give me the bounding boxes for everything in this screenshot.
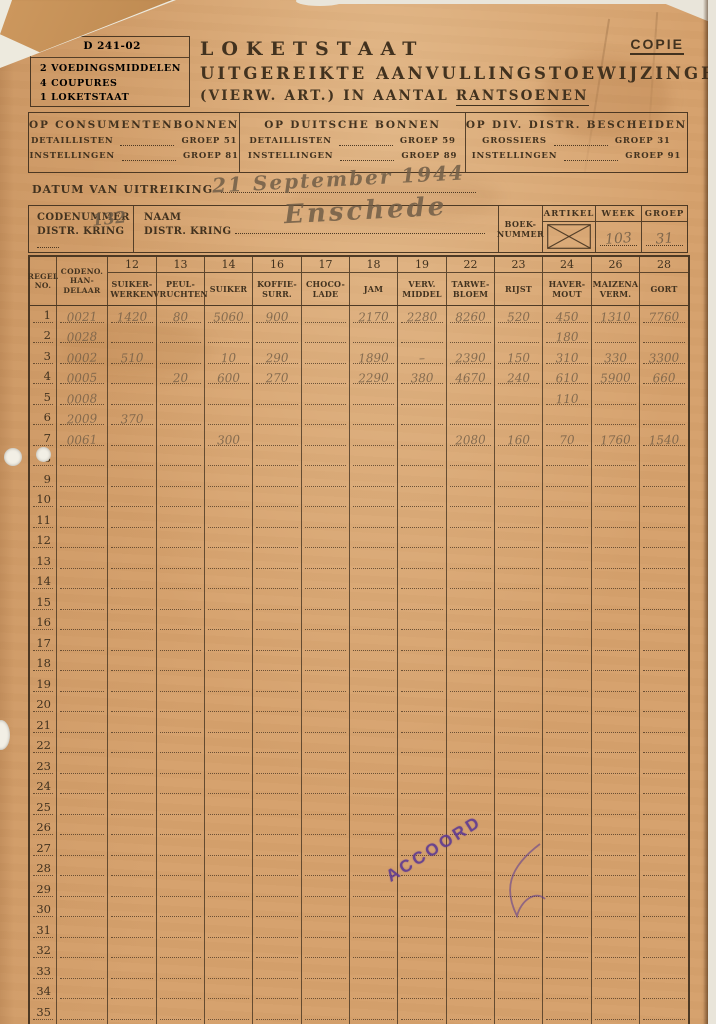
value-cell [157, 901, 205, 922]
handwritten-value: 520 [495, 309, 542, 325]
scanner-edge [708, 0, 716, 1024]
value-cell: 2170 [350, 306, 398, 327]
header-line: HAVER- [549, 279, 586, 289]
row-number: 5 [44, 390, 51, 404]
column-name-header: GORT [640, 273, 688, 305]
row-number: 18 [36, 656, 51, 670]
value-cell [108, 1003, 157, 1024]
value-cell [157, 552, 205, 573]
value-cell [350, 634, 398, 655]
value-cell [592, 757, 640, 778]
value-cell: 180 [543, 327, 592, 348]
row-number: 20 [36, 697, 51, 711]
value-cell [543, 532, 592, 553]
code-handelaar-header: CODENO.HAN-DELAAR [57, 257, 108, 305]
value-cell [350, 573, 398, 594]
column-name-header: TARWE-BLOEM [447, 273, 495, 305]
value-cell: 330 [592, 347, 640, 368]
value-cell: 310 [543, 347, 592, 368]
handwritten-value: 330 [592, 350, 639, 366]
value-cell [302, 839, 350, 860]
value-cell [253, 901, 302, 922]
value-cell [640, 737, 688, 758]
value-cell [302, 347, 350, 368]
value-cell: 70 [543, 429, 592, 450]
row-number-cell: 18 [30, 655, 57, 676]
value-cell [398, 921, 447, 942]
handwritten-value: 900 [253, 309, 301, 325]
value-cell [543, 511, 592, 532]
value-cell [302, 778, 350, 799]
code-cell [57, 962, 108, 983]
table-body: 1002114208050609002170228082605204501310… [30, 306, 688, 1024]
value-cell [302, 675, 350, 696]
group-box: OP DIV. DISTR. BESCHEIDENGROSSIERSGROEP … [466, 113, 687, 172]
value-cell [543, 942, 592, 963]
value-cell: 160 [495, 429, 543, 450]
header-line: MOUT [552, 289, 582, 299]
value-cell [350, 839, 398, 860]
value-cell [302, 450, 350, 471]
document-subtitle-2: (VIERW. ART.) IN AANTAL RANTSOENEN [200, 88, 716, 104]
value-cell [302, 921, 350, 942]
column-number-header: 24 [543, 257, 592, 273]
value-cell [253, 675, 302, 696]
row-number-cell: 32 [30, 942, 57, 963]
value-cell [108, 429, 157, 450]
group-box-row: INSTELLINGENGROEP 91 [466, 151, 687, 161]
value-cell [495, 655, 543, 676]
handwritten-value: 300 [205, 432, 252, 448]
value-cell [157, 573, 205, 594]
value-cell [205, 962, 253, 983]
value-cell [592, 511, 640, 532]
value-cell [447, 983, 495, 1004]
handwritten-value: 270 [253, 370, 301, 386]
group-row-label: GROSSIERS [482, 136, 547, 146]
value-cell [640, 409, 688, 430]
value-cell [302, 327, 350, 348]
row-number-cell: 17 [30, 634, 57, 655]
value-cell [350, 696, 398, 717]
value-cell [205, 532, 253, 553]
signature-mark [488, 838, 558, 926]
handwritten-value: 2390 [447, 350, 494, 366]
value-cell [205, 921, 253, 942]
value-cell [350, 675, 398, 696]
column-number-header: 13 [157, 257, 205, 273]
row-number-cell: 20 [30, 696, 57, 717]
value-cell [640, 716, 688, 737]
column-name-header: SUIKER-WERKEN [108, 273, 157, 305]
value-cell [205, 819, 253, 840]
value-cell: – [398, 347, 447, 368]
value-cell [108, 327, 157, 348]
value-cell [592, 716, 640, 737]
value-cell [253, 491, 302, 512]
book-number-label-2: NUMMER [497, 229, 544, 239]
value-cell [543, 552, 592, 573]
value-cell [398, 798, 447, 819]
artikel-cross-icon [547, 224, 591, 249]
value-cell [157, 942, 205, 963]
code-cell [57, 634, 108, 655]
value-cell [447, 327, 495, 348]
group-row-label: DETAILLISTEN [31, 136, 114, 146]
value-cell [495, 511, 543, 532]
column-name-header: MAIZENAVERM. [592, 273, 640, 305]
value-cell [350, 798, 398, 819]
value-cell [640, 819, 688, 840]
row-number: 28 [36, 861, 51, 875]
value-cell [592, 532, 640, 553]
value-cell [543, 675, 592, 696]
group-box-title: OP DUITSCHE BONNEN [240, 119, 465, 131]
value-cell [205, 470, 253, 491]
code-cell [57, 450, 108, 471]
value-cell: 900 [253, 306, 302, 327]
header-line: RIJST [505, 284, 532, 294]
value-cell: 3300 [640, 347, 688, 368]
value-cell [398, 901, 447, 922]
value-cell: 270 [253, 368, 302, 389]
column-number-header: 28 [640, 257, 688, 273]
value-cell [157, 716, 205, 737]
subtitle-prefix: (VIERW. ART.) IN AANTAL [200, 88, 456, 104]
value-cell [302, 819, 350, 840]
value-cell [640, 839, 688, 860]
artikel-value [543, 222, 595, 251]
row-number-cell: 13 [30, 552, 57, 573]
value-cell [447, 675, 495, 696]
value-cell [205, 655, 253, 676]
value-cell [157, 839, 205, 860]
value-cell [157, 614, 205, 635]
value-cell [302, 880, 350, 901]
form-item: 1 LOKETSTAAT [40, 91, 181, 106]
value-cell [543, 470, 592, 491]
value-cell [205, 716, 253, 737]
value-cell [447, 614, 495, 635]
header-line: REGEL [28, 272, 59, 282]
code-cell [57, 675, 108, 696]
column-name-header: CHOCO-LADE [302, 273, 350, 305]
value-cell [350, 511, 398, 532]
value-cell [592, 778, 640, 799]
header-line: TARWE- [452, 279, 490, 289]
subtitle-underlined: RANTSOENEN [456, 88, 589, 106]
value-cell: 520 [495, 306, 543, 327]
value-cell: 1760 [592, 429, 640, 450]
value-cell [398, 716, 447, 737]
book-number-label: BOEK- [505, 219, 537, 229]
value-cell [253, 552, 302, 573]
handwritten-value: 600 [205, 370, 252, 386]
value-cell [640, 388, 688, 409]
value-cell [398, 409, 447, 430]
value-cell [108, 552, 157, 573]
value-cell [640, 634, 688, 655]
value-cell [592, 983, 640, 1004]
value-cell [302, 532, 350, 553]
header-line: SURR. [262, 289, 292, 299]
value-cell [157, 737, 205, 758]
value-cell [495, 614, 543, 635]
row-number-cell: 15 [30, 593, 57, 614]
value-cell [592, 327, 640, 348]
value-cell [592, 860, 640, 881]
value-cell [157, 511, 205, 532]
value-cell [398, 737, 447, 758]
row-number: 14 [36, 574, 51, 588]
value-cell [108, 511, 157, 532]
value-cell [108, 675, 157, 696]
handwritten-value: 610 [543, 370, 591, 386]
value-cell [108, 491, 157, 512]
row-number: 10 [36, 492, 51, 506]
value-cell [108, 470, 157, 491]
value-cell [108, 778, 157, 799]
code-cell [57, 839, 108, 860]
value-cell [350, 429, 398, 450]
value-cell [205, 409, 253, 430]
rations-table: REGELNO.CODENO.HAN-DELAAR12SUIKER-WERKEN… [28, 255, 690, 1024]
dotted-leader [564, 152, 618, 161]
handwritten-value: 240 [495, 370, 542, 386]
value-cell [205, 327, 253, 348]
value-cell [495, 634, 543, 655]
value-cell [398, 696, 447, 717]
value-cell: 4670 [447, 368, 495, 389]
value-cell [398, 593, 447, 614]
row-number-cell: 3 [30, 347, 57, 368]
value-cell [302, 388, 350, 409]
header-line: HAN- [70, 276, 94, 286]
value-cell [205, 634, 253, 655]
dotted-leader [122, 152, 176, 161]
value-cell [302, 634, 350, 655]
row-number: 25 [36, 800, 51, 814]
value-cell [592, 655, 640, 676]
code-cell [57, 655, 108, 676]
value-cell [398, 532, 447, 553]
value-cell [495, 778, 543, 799]
value-cell [495, 716, 543, 737]
book-number-cell: BOEK- NUMMER [499, 206, 543, 252]
code-cell [57, 470, 108, 491]
group-box-title: OP DIV. DISTR. BESCHEIDEN [466, 119, 687, 131]
value-cell [253, 593, 302, 614]
value-cell [543, 983, 592, 1004]
value-cell [543, 962, 592, 983]
code-cell [57, 860, 108, 881]
value-cell [350, 655, 398, 676]
header-line: WERKEN [110, 289, 153, 299]
group-box-row: INSTELLINGENGROEP 89 [240, 151, 465, 161]
value-cell [157, 757, 205, 778]
value-cell [205, 1003, 253, 1024]
value-cell [592, 1003, 640, 1024]
value-cell [495, 1003, 543, 1024]
header-line: LADE [313, 289, 339, 299]
code-cell [57, 614, 108, 635]
value-cell: 20 [157, 368, 205, 389]
value-cell [640, 614, 688, 635]
value-cell [640, 942, 688, 963]
value-cell: 1420 [108, 306, 157, 327]
row-number-cell: 19 [30, 675, 57, 696]
value-cell [495, 593, 543, 614]
value-cell [640, 901, 688, 922]
value-cell [495, 450, 543, 471]
value-cell [495, 737, 543, 758]
value-cell [302, 942, 350, 963]
value-cell [253, 983, 302, 1004]
value-cell [157, 634, 205, 655]
value-cell [495, 962, 543, 983]
week-label: WEEK [596, 206, 641, 222]
value-cell [205, 388, 253, 409]
value-cell [205, 798, 253, 819]
value-cell [302, 860, 350, 881]
value-cell [398, 429, 447, 450]
value-cell [350, 983, 398, 1004]
row-number-cell: 10 [30, 491, 57, 512]
value-cell [253, 388, 302, 409]
column-number-header: 12 [108, 257, 157, 273]
value-cell [302, 573, 350, 594]
header-line: SUIKER [210, 284, 247, 294]
value-cell [592, 634, 640, 655]
column-name-header: PEUL-VRUCHTEN [157, 273, 205, 305]
value-cell: 450 [543, 306, 592, 327]
value-cell [302, 716, 350, 737]
value-cell [640, 675, 688, 696]
value-cell [640, 880, 688, 901]
value-cell [253, 327, 302, 348]
group-row-label: INSTELLINGEN [29, 151, 115, 161]
value-cell [350, 327, 398, 348]
value-cell [640, 552, 688, 573]
header-line: CHOCO- [306, 279, 345, 289]
value-cell [205, 675, 253, 696]
value-cell [543, 409, 592, 430]
group-box-row: DETAILLISTENGROEP 59 [240, 136, 465, 146]
value-cell [205, 696, 253, 717]
group-row-value: GROEP 89 [401, 151, 457, 161]
code-cell [57, 532, 108, 553]
district-box: CODENUMMER DISTR. KRING 132 NAAM DISTR. … [28, 205, 688, 253]
value-cell [157, 532, 205, 553]
value-cell [205, 778, 253, 799]
value-cell [398, 655, 447, 676]
handwritten-value: 7760 [640, 309, 688, 325]
row-number-cell: 1 [30, 306, 57, 327]
row-number-cell: 29 [30, 880, 57, 901]
value-cell [640, 532, 688, 553]
header-line: BLOEM [453, 289, 488, 299]
row-number: 12 [36, 533, 51, 547]
value-cell [350, 901, 398, 922]
value-cell [543, 491, 592, 512]
value-cell [447, 450, 495, 471]
header-line: VRUCHTEN [153, 289, 208, 299]
value-cell [108, 655, 157, 676]
handwritten-value: 160 [495, 432, 542, 448]
value-cell [592, 696, 640, 717]
value-cell [302, 409, 350, 430]
column-name-header: VERV.MIDDEL [398, 273, 447, 305]
row-number-cell: 25 [30, 798, 57, 819]
value-cell [398, 880, 447, 901]
value-cell: 300 [205, 429, 253, 450]
code-cell: 2009 [57, 409, 108, 430]
value-cell [495, 983, 543, 1004]
value-cell [398, 675, 447, 696]
groep-label: GROEP [642, 206, 687, 222]
value-cell [592, 552, 640, 573]
group-box-title: OP CONSUMENTENBONNEN [29, 119, 239, 131]
handwritten-value: 3300 [640, 350, 688, 366]
value-cell [350, 491, 398, 512]
document-subtitle: UITGEREIKTE AANVULLINGSTOEWIJZINGEN [200, 64, 716, 83]
value-cell [447, 655, 495, 676]
value-cell [108, 716, 157, 737]
value-cell [592, 962, 640, 983]
row-number-cell: 35 [30, 1003, 57, 1024]
value-cell [398, 491, 447, 512]
row-number-cell: 6 [30, 409, 57, 430]
district-name-cell: NAAM DISTR. KRING Enschede [134, 206, 499, 252]
value-cell [495, 757, 543, 778]
value-cell [205, 942, 253, 963]
dotted-leader [235, 226, 485, 234]
value-cell [640, 450, 688, 471]
row-number: 6 [44, 410, 51, 424]
group-row-label: DETAILLISTEN [249, 136, 332, 146]
value-cell [640, 757, 688, 778]
form-item: 4 COUPURES [40, 77, 181, 92]
row-number-cell: 26 [30, 819, 57, 840]
header-line: PEUL- [166, 279, 195, 289]
value-cell [640, 593, 688, 614]
value-cell [447, 409, 495, 430]
value-cell [398, 778, 447, 799]
group-box: OP CONSUMENTENBONNENDETAILLISTENGROEP 51… [29, 113, 240, 172]
row-number-cell: 12 [30, 532, 57, 553]
value-cell [447, 552, 495, 573]
value-cell [543, 593, 592, 614]
handwritten-value: 2280 [398, 309, 446, 325]
value-cell [640, 798, 688, 819]
value-cell [350, 470, 398, 491]
artikel-label: ARTIKEL [543, 206, 595, 222]
value-cell: 380 [398, 368, 447, 389]
value-cell [253, 798, 302, 819]
value-cell: 600 [205, 368, 253, 389]
value-cell [108, 450, 157, 471]
code-cell [57, 798, 108, 819]
document-paper: D 241-02 2 VOEDINGSMIDDELEN 4 COUPURES 1… [0, 0, 710, 1024]
column-number-header: 22 [447, 257, 495, 273]
value-cell [302, 798, 350, 819]
value-cell [253, 778, 302, 799]
value-cell [640, 1003, 688, 1024]
value-cell [447, 1003, 495, 1024]
value-cell [157, 921, 205, 942]
value-cell [543, 450, 592, 471]
code-cell [57, 737, 108, 758]
